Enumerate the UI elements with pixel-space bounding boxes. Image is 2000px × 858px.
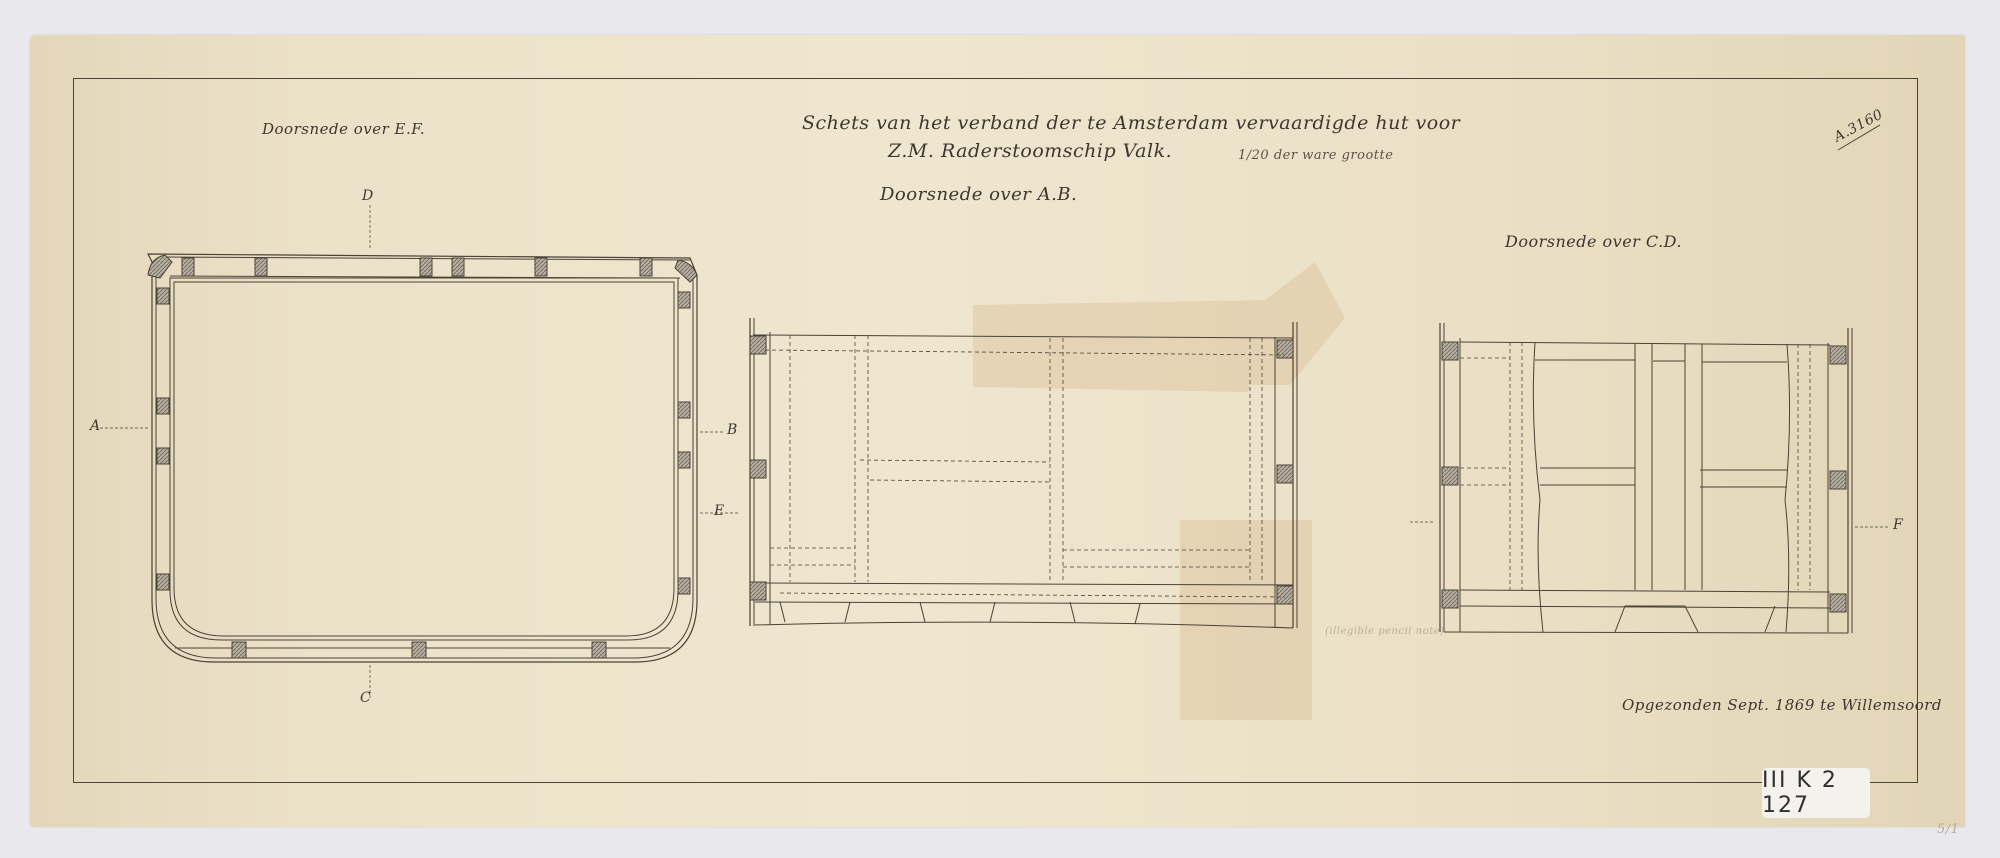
marker-e: E bbox=[714, 503, 725, 519]
faint-pencil-note: (illegible pencil note) bbox=[1325, 626, 1444, 637]
marker-c: C bbox=[360, 690, 371, 706]
section-ef-drawing bbox=[100, 205, 725, 698]
marker-d: D bbox=[362, 188, 374, 204]
archive-label: III K 2 127 bbox=[1762, 768, 1870, 818]
caption-section-ef: Doorsnede over E.F. bbox=[262, 120, 425, 138]
title-line-2: Z.M. Raderstoomschip Valk. bbox=[888, 140, 1172, 162]
signature-note: Opgezonden Sept. 1869 te Willemsoord bbox=[1622, 696, 1942, 714]
section-ab-drawing bbox=[700, 318, 1297, 628]
section-cd-drawing bbox=[1410, 323, 1890, 633]
caption-section-cd: Doorsnede over C.D. bbox=[1505, 232, 1682, 251]
corner-mark: 5/1 bbox=[1937, 822, 1959, 837]
scale-note: 1/20 der ware grootte bbox=[1238, 148, 1393, 163]
caption-section-ab: Doorsnede over A.B. bbox=[880, 184, 1077, 205]
title-line-1: Schets van het verband der te Amsterdam … bbox=[802, 112, 1460, 134]
marker-f: F bbox=[1893, 517, 1903, 533]
marker-a: A bbox=[90, 418, 101, 434]
marker-b: B bbox=[727, 422, 738, 438]
